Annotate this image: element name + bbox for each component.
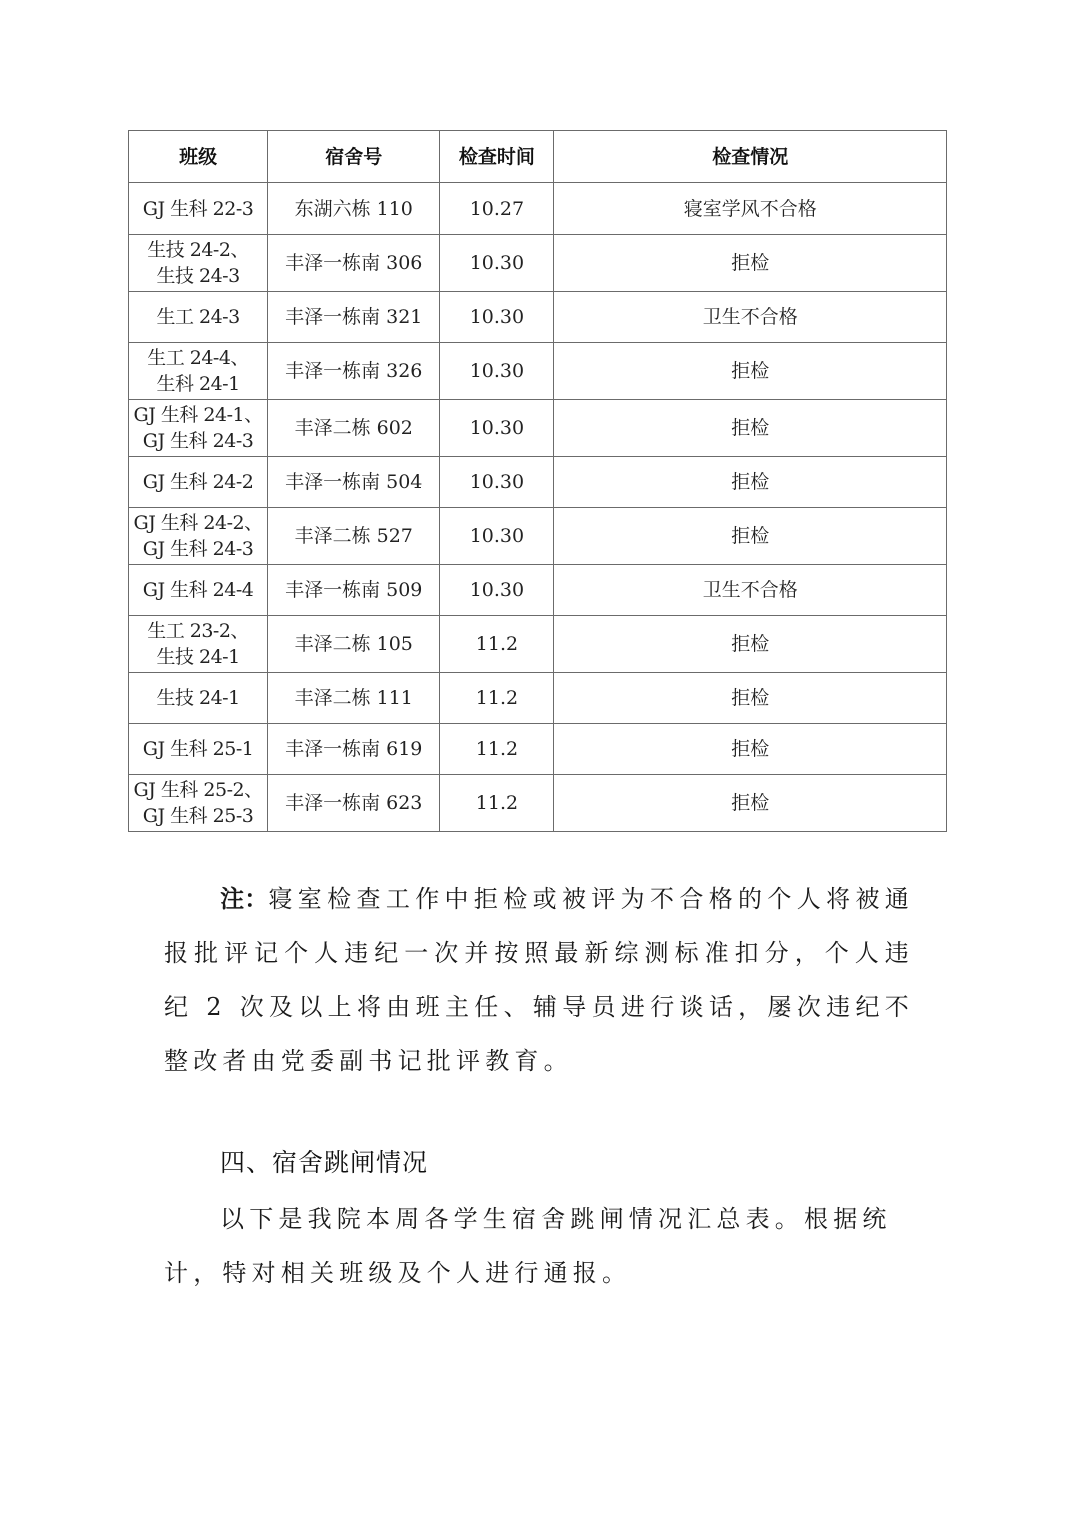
cell-date: 10.30 bbox=[440, 343, 554, 400]
class-line: 生科 24-1 bbox=[129, 371, 267, 397]
cell-dorm: 丰泽一栋南 623 bbox=[268, 775, 440, 832]
note-label: 注： bbox=[220, 885, 268, 913]
cell-dorm: 东湖六栋 110 bbox=[268, 183, 440, 235]
document-page: 班级 宿舍号 检查时间 检查情况 GJ 生科 22-3东湖六栋 11010.27… bbox=[0, 0, 1074, 1520]
header-date: 检查时间 bbox=[440, 131, 554, 183]
class-line: 生工 24-3 bbox=[129, 304, 267, 330]
class-line: 生技 24-1 bbox=[129, 685, 267, 711]
note-text: 寝室检查工作中拒检或被评为不合格的个人将被通报批评记个人违纪一次并按照最新综测标… bbox=[164, 885, 914, 1075]
table-row: GJ 生科 24-2、GJ 生科 24-3丰泽二栋 52710.30拒检 bbox=[129, 508, 947, 565]
cell-result: 卫生不合格 bbox=[554, 565, 947, 616]
cell-date: 10.30 bbox=[440, 457, 554, 508]
cell-date: 10.30 bbox=[440, 565, 554, 616]
class-line: 生技 24-2、 bbox=[129, 237, 267, 263]
cell-dorm: 丰泽一栋南 619 bbox=[268, 724, 440, 775]
cell-class: GJ 生科 24-2 bbox=[129, 457, 268, 508]
cell-dorm: 丰泽二栋 602 bbox=[268, 400, 440, 457]
dorm-inspection-table: 班级 宿舍号 检查时间 检查情况 GJ 生科 22-3东湖六栋 11010.27… bbox=[128, 130, 947, 832]
table-header-row: 班级 宿舍号 检查时间 检查情况 bbox=[129, 131, 947, 183]
cell-dorm: 丰泽二栋 105 bbox=[268, 616, 440, 673]
cell-class: 生技 24-2、生技 24-3 bbox=[129, 235, 268, 292]
class-line: GJ 生科 25-1 bbox=[129, 736, 267, 762]
cell-dorm: 丰泽一栋南 321 bbox=[268, 292, 440, 343]
cell-class: 生工 24-3 bbox=[129, 292, 268, 343]
cell-date: 11.2 bbox=[440, 673, 554, 724]
cell-result: 拒检 bbox=[554, 673, 947, 724]
cell-date: 10.30 bbox=[440, 292, 554, 343]
cell-class: GJ 生科 22-3 bbox=[129, 183, 268, 235]
cell-class: GJ 生科 24-1、GJ 生科 24-3 bbox=[129, 400, 268, 457]
cell-result: 寝室学风不合格 bbox=[554, 183, 947, 235]
cell-class: GJ 生科 25-1 bbox=[129, 724, 268, 775]
cell-class: 生工 23-2、生技 24-1 bbox=[129, 616, 268, 673]
cell-date: 10.27 bbox=[440, 183, 554, 235]
cell-date: 10.30 bbox=[440, 400, 554, 457]
table-row: GJ 生科 25-2、GJ 生科 25-3丰泽一栋南 62311.2拒检 bbox=[129, 775, 947, 832]
class-line: GJ 生科 24-1、 bbox=[129, 402, 267, 428]
cell-date: 11.2 bbox=[440, 775, 554, 832]
class-line: GJ 生科 24-2 bbox=[129, 469, 267, 495]
cell-dorm: 丰泽二栋 111 bbox=[268, 673, 440, 724]
cell-class: GJ 生科 25-2、GJ 生科 25-3 bbox=[129, 775, 268, 832]
cell-result: 卫生不合格 bbox=[554, 292, 947, 343]
cell-result: 拒检 bbox=[554, 616, 947, 673]
class-line: 生工 24-4、 bbox=[129, 345, 267, 371]
cell-dorm: 丰泽一栋南 326 bbox=[268, 343, 440, 400]
cell-date: 11.2 bbox=[440, 616, 554, 673]
table-row: 生技 24-2、生技 24-3丰泽一栋南 30610.30拒检 bbox=[129, 235, 947, 292]
class-line: GJ 生科 25-2、 bbox=[129, 777, 267, 803]
cell-date: 10.30 bbox=[440, 235, 554, 292]
cell-class: 生工 24-4、生科 24-1 bbox=[129, 343, 268, 400]
cell-result: 拒检 bbox=[554, 343, 947, 400]
class-line: GJ 生科 22-3 bbox=[129, 196, 267, 222]
class-line: GJ 生科 25-3 bbox=[129, 803, 267, 829]
table-row: 生技 24-1丰泽二栋 11111.2拒检 bbox=[129, 673, 947, 724]
cell-class: GJ 生科 24-4 bbox=[129, 565, 268, 616]
class-line: GJ 生科 24-3 bbox=[129, 536, 267, 562]
header-result: 检查情况 bbox=[554, 131, 947, 183]
cell-class: GJ 生科 24-2、GJ 生科 24-3 bbox=[129, 508, 268, 565]
header-class: 班级 bbox=[129, 131, 268, 183]
section-heading: 四、宿舍跳闸情况 bbox=[220, 1140, 428, 1186]
class-line: 生技 24-3 bbox=[129, 263, 267, 289]
cell-result: 拒检 bbox=[554, 235, 947, 292]
section-paragraph-text: 以下是我院本周各学生宿舍跳闸情况汇总表。根据统计，特对相关班级及个人进行通报。 bbox=[164, 1205, 892, 1287]
table-row: 生工 23-2、生技 24-1丰泽二栋 10511.2拒检 bbox=[129, 616, 947, 673]
cell-dorm: 丰泽二栋 527 bbox=[268, 508, 440, 565]
cell-dorm: 丰泽一栋南 509 bbox=[268, 565, 440, 616]
cell-result: 拒检 bbox=[554, 400, 947, 457]
cell-class: 生技 24-1 bbox=[129, 673, 268, 724]
class-line: GJ 生科 24-2、 bbox=[129, 510, 267, 536]
cell-result: 拒检 bbox=[554, 508, 947, 565]
cell-result: 拒检 bbox=[554, 724, 947, 775]
table-row: GJ 生科 24-4丰泽一栋南 50910.30卫生不合格 bbox=[129, 565, 947, 616]
table-row: 生工 24-3丰泽一栋南 32110.30卫生不合格 bbox=[129, 292, 947, 343]
class-line: GJ 生科 24-3 bbox=[129, 428, 267, 454]
table-body: GJ 生科 22-3东湖六栋 11010.27寝室学风不合格生技 24-2、生技… bbox=[129, 183, 947, 832]
cell-date: 10.30 bbox=[440, 508, 554, 565]
table-row: 生工 24-4、生科 24-1丰泽一栋南 32610.30拒检 bbox=[129, 343, 947, 400]
note-paragraph: 注：寝室检查工作中拒检或被评为不合格的个人将被通报批评记个人违纪一次并按照最新综… bbox=[164, 872, 914, 1088]
table-row: GJ 生科 22-3东湖六栋 11010.27寝室学风不合格 bbox=[129, 183, 947, 235]
table-row: GJ 生科 24-1、GJ 生科 24-3丰泽二栋 60210.30拒检 bbox=[129, 400, 947, 457]
table-row: GJ 生科 25-1丰泽一栋南 61911.2拒检 bbox=[129, 724, 947, 775]
cell-result: 拒检 bbox=[554, 457, 947, 508]
header-dorm: 宿舍号 bbox=[268, 131, 440, 183]
class-line: GJ 生科 24-4 bbox=[129, 577, 267, 603]
section-paragraph: 以下是我院本周各学生宿舍跳闸情况汇总表。根据统计，特对相关班级及个人进行通报。 bbox=[164, 1192, 914, 1300]
class-line: 生工 23-2、 bbox=[129, 618, 267, 644]
cell-date: 11.2 bbox=[440, 724, 554, 775]
cell-dorm: 丰泽一栋南 504 bbox=[268, 457, 440, 508]
class-line: 生技 24-1 bbox=[129, 644, 267, 670]
cell-result: 拒检 bbox=[554, 775, 947, 832]
table-row: GJ 生科 24-2丰泽一栋南 50410.30拒检 bbox=[129, 457, 947, 508]
cell-dorm: 丰泽一栋南 306 bbox=[268, 235, 440, 292]
